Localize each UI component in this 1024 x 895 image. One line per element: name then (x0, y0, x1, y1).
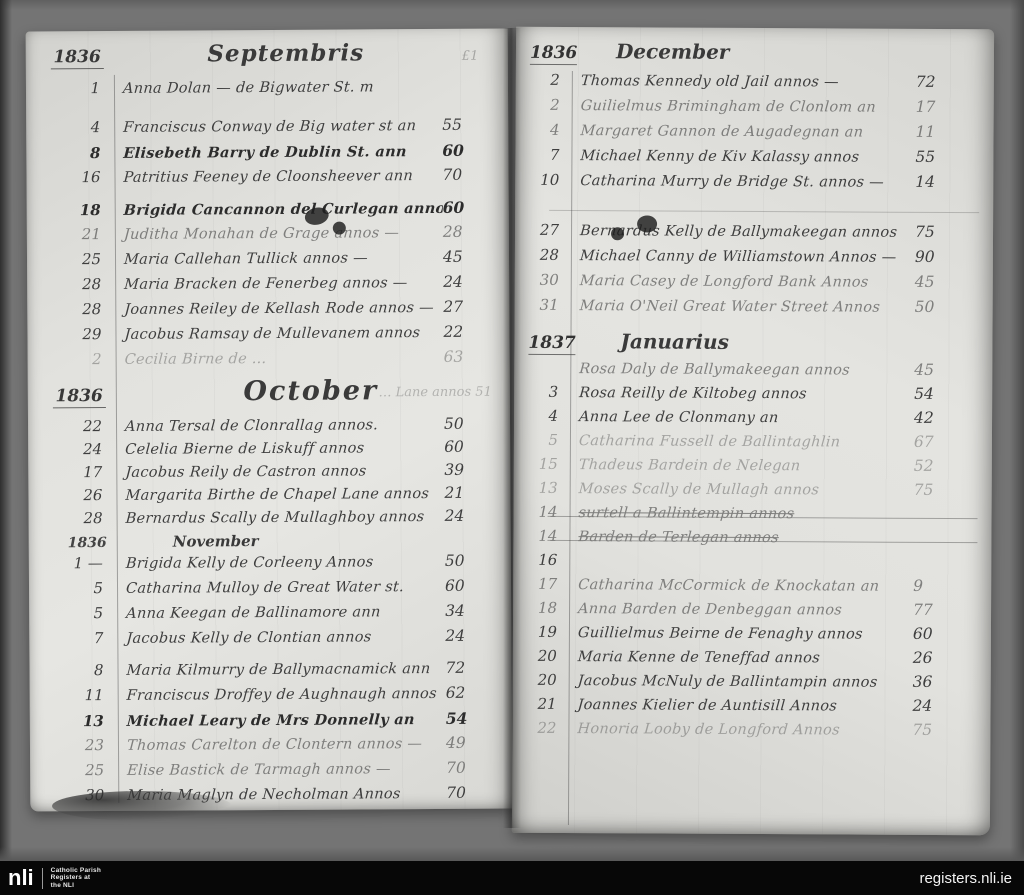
tagline-line: Catholic Parish (51, 867, 101, 874)
entry-day: 2 (516, 71, 568, 89)
entry-text: Jacobus Kelly de Clontian annos (113, 629, 446, 647)
entry-day: 13 (30, 712, 114, 731)
register-row: 22 Anna Tersal de Clonrallag annos. 50 (28, 415, 510, 441)
register-page-right: 1836 December 2 Thomas Kennedy old Jail … (512, 27, 994, 835)
entry-age: 75 (912, 721, 990, 739)
nli-logo-block: nli Catholic Parish Registers at the NLI (8, 867, 101, 890)
entry-day: 5 (29, 579, 113, 598)
entry-age: 63 (444, 348, 510, 366)
entry-text: Catharina Murry de Bridge St. annos — (567, 173, 916, 191)
entry-text: Anna Keegan de Ballinamore ann (113, 604, 446, 622)
entry-text: Guilielmus Brimingham de Clonlom an (567, 98, 916, 116)
month-header-december: December (586, 39, 994, 65)
register-row: 1 — Brigida Kelly de Corleeny Annos 50 (29, 552, 511, 580)
register-row: 5 Catharina Fussell de Ballintaghlin 67 (514, 431, 992, 458)
entry-day: 24 (28, 440, 112, 459)
entry-age: 34 (445, 602, 511, 620)
entry-day: 26 (28, 486, 112, 505)
entry-text: Joannes Reiley de Kellash Rode annos — (111, 300, 444, 318)
scanner-edge-right (1010, 0, 1024, 895)
entry-text: Elisebeth Barry de Dublin St. ann (110, 143, 443, 162)
entry-text: surtell a Ballintempin annos (565, 505, 914, 523)
entry-text: Margaret Gannon de Augadegnan an (567, 123, 916, 141)
entry-day: 1 (26, 79, 110, 98)
entry-text: Anna Tersal de Clonrallag annos. (112, 417, 445, 435)
register-row: 16 Patritius Feeney de Cloonsheever ann … (26, 166, 508, 194)
register-row: 19 Guillielmus Beirne de Fenaghy annos 6… (513, 623, 991, 650)
entry-day: 4 (514, 407, 566, 425)
october-entries: 22 Anna Tersal de Clonrallag annos. 50 2… (28, 415, 511, 533)
entry-text: Celelia Bierne de Liskuff annos (112, 440, 445, 458)
register-row: 29 Jacobus Ramsay de Mullevanem annos 22 (27, 323, 509, 351)
september-entries: 1 Anna Dolan — de Bigwater St. m 4 Franc… (26, 77, 510, 376)
entry-text: Franciscus Droffey de Aughnaugh annos (113, 686, 446, 704)
entry-day: 10 (515, 171, 567, 189)
entry-text: Margarita Birthe de Chapel Lane annos (112, 486, 445, 504)
entry-text: Maria Bracken de Fenerbeg annos — (111, 275, 444, 293)
register-row: 10 Catharina Murry de Bridge St. annos —… (515, 171, 993, 199)
january-header: 1837 Januarius (514, 329, 992, 362)
register-page-left: 1836 Septembris £1 1 Anna Dolan — de Big… (26, 29, 513, 812)
entry-age: 39 (444, 461, 510, 479)
register-row: 5 Anna Keegan de Ballinamore ann 34 (29, 602, 511, 630)
register-row: 25 Maria Callehan Tullick annos — 45 (27, 248, 509, 276)
november-entries: 1 — Brigida Kelly de Corleeny Annos 50 5… (29, 552, 513, 812)
entry-text (565, 565, 913, 567)
entry-day: 4 (26, 118, 110, 137)
register-row: Rosa Daly de Ballymakeegan annos 45 (514, 359, 992, 386)
register-row: 22 Honoria Looby de Longford Annos 75 (512, 719, 990, 746)
year-label: 1836 (68, 535, 107, 551)
entry-age: 75 (915, 223, 993, 241)
entry-age: 60 (442, 141, 508, 160)
entry-day: 7 (515, 146, 567, 164)
entry-day: 1 — (29, 554, 113, 573)
tagline-line: the NLI (51, 882, 74, 889)
entry-day: 17 (28, 463, 112, 482)
register-row (515, 196, 993, 224)
october-header: 1836 October … Lane annos 51 (28, 375, 510, 418)
entry-age: 75 (914, 481, 992, 499)
register-row: 18 Anna Barden de Denbeggan annos 77 (513, 599, 991, 626)
entry-age: 52 (914, 457, 992, 475)
register-row: 2 Cecilia Birne de … 63 (28, 348, 510, 376)
register-row: 8 Elisebeth Barry de Dublin St. ann 60 (26, 141, 508, 169)
entry-day: 5 (514, 431, 566, 449)
register-row: 24 Celelia Bierne de Liskuff annos 60 (28, 438, 510, 464)
entry-age: 24 (445, 627, 511, 645)
entry-age: 54 (446, 709, 512, 728)
entry-day: 7 (29, 629, 113, 648)
footer-bar: nli Catholic Parish Registers at the NLI… (0, 861, 1024, 895)
corner-mark: £1 (462, 49, 508, 64)
register-row: 4 Anna Lee de Clonmany an 42 (514, 407, 992, 434)
entry-text: Michael Canny de Williamstown Annos — (566, 248, 915, 266)
entry-age: 60 (443, 198, 509, 217)
entry-day: 14 (513, 527, 565, 545)
entry-text: Maria O'Neil Great Water Street Annos (566, 298, 915, 316)
page-gutter-shadow (503, 28, 521, 828)
entry-age: 24 (913, 697, 991, 715)
entry-age: 50 (445, 552, 511, 570)
ink-blot (333, 222, 346, 235)
entry-text: Jacobus Ramsay de Mullevanem annos (111, 325, 444, 343)
entry-age: 27 (443, 298, 509, 316)
entry-age: 77 (913, 601, 991, 619)
register-row: 13 Moses Scally de Mullagh annos 75 (514, 479, 992, 506)
entry-day: 30 (515, 271, 567, 289)
entry-day: 23 (30, 736, 114, 755)
entry-text: Maria Kilmurry de Ballymacnamick ann (113, 661, 446, 679)
entry-text: Thomas Carelton de Clontern annos — (113, 736, 446, 754)
entry-text: Guillielmus Beirne de Fenaghy annos (564, 625, 913, 643)
register-row: 3 Rosa Reilly de Kiltobeg annos 54 (514, 383, 992, 410)
register-row: 5 Catharina Mulloy de Great Water st. 60 (29, 577, 511, 605)
register-row: 1 Anna Dolan — de Bigwater St. m (26, 77, 508, 105)
entry-age: 45 (914, 361, 992, 379)
register-row: 2 Guilielmus Brimingham de Clonlom an 17 (516, 96, 994, 124)
register-row: 15 Thadeus Bardein de Nelegan 52 (514, 455, 992, 482)
month-title-text: October (243, 375, 378, 407)
logo-divider (42, 868, 43, 889)
january-entries: Rosa Daly de Ballymakeegan annos 45 3 Ro… (512, 359, 992, 745)
entry-day: 21 (27, 225, 111, 244)
month-header-september: Septembris (110, 39, 462, 68)
entry-text: Juditha Monahan de Grage annos — (110, 225, 443, 243)
september-header: 1836 Septembris £1 (26, 39, 508, 80)
entry-day: 18 (27, 201, 111, 220)
entry-age: 60 (444, 438, 510, 456)
register-row: 27 Bernardus Kelly de Ballymakeegan anno… (515, 221, 993, 249)
entry-text: Cecilia Birne de … (111, 350, 444, 368)
entry-day: 3 (514, 383, 566, 401)
register-row: 7 Michael Kenny de Kiv Kalassy annos 55 (515, 146, 993, 174)
ink-blot (637, 215, 657, 232)
page-curl-shadow (52, 791, 232, 821)
entry-text: Bernardus Scally de Mullaghboy annos (112, 509, 445, 527)
entry-text: Catharina Mulloy de Great Water st. (113, 579, 446, 597)
entry-age: 22 (443, 323, 509, 341)
entry-day: 8 (29, 661, 113, 680)
entry-day: 4 (516, 121, 568, 139)
month-header-october: October … Lane annos 51 (112, 375, 510, 408)
entry-age: 62 (446, 684, 512, 702)
entry-age: 21 (444, 484, 510, 502)
register-row: 11 Franciscus Droffey de Aughnaugh annos… (30, 684, 512, 712)
entry-text: Anna Dolan — de Bigwater St. m (109, 79, 442, 97)
year-label: 1836 (530, 43, 577, 65)
register-row: 14 surtell a Ballintempin annos (513, 503, 991, 530)
year-label: 1836 (52, 386, 105, 408)
register-row: 20 Maria Kenne de Teneffad annos 26 (513, 647, 991, 674)
month-header-january: Januarius (584, 329, 992, 355)
entry-day: 8 (26, 144, 110, 163)
footer-url: registers.nli.ie (919, 870, 1012, 887)
entry-text: Elise Bastick de Tarmagh annos — (114, 761, 447, 779)
entry-day: 15 (514, 455, 566, 473)
entry-age: 36 (913, 673, 991, 691)
entry-text: Moses Scally de Mullagh annos (565, 481, 914, 499)
ink-blot (611, 227, 624, 240)
register-row: 17 Catharina McCormick de Knockatan an 9 (513, 575, 991, 602)
entry-age: 55 (915, 148, 993, 166)
entry-age: 42 (914, 409, 992, 427)
register-row: 28 Bernardus Scally de Mullaghboy annos … (29, 507, 511, 533)
entry-day: 25 (30, 761, 114, 780)
entry-age: 17 (916, 98, 994, 116)
entry-age: 28 (443, 223, 509, 241)
register-row: 4 Margaret Gannon de Augadegnan an 11 (515, 121, 993, 149)
entry-day: 28 (515, 246, 567, 264)
december-header: 1836 December (516, 39, 994, 74)
entry-age: 45 (443, 248, 509, 266)
entry-age: 45 (915, 273, 993, 291)
entry-text: Brigida Kelly de Corleeny Annos (112, 554, 445, 572)
entry-day: 28 (29, 509, 113, 528)
december-entries: 2 Thomas Kennedy old Jail annos — 72 2 G… (515, 71, 994, 323)
register-row: 17 Jacobus Reily de Castron annos 39 (28, 461, 510, 487)
entry-text: Honoria Looby de Longford Annos (564, 721, 913, 739)
register-row: 4 Franciscus Conway de Big water st an 5… (26, 116, 508, 144)
register-row: 21 Joannes Kielier de Auntisill Annos 24 (512, 695, 990, 722)
entry-day: 27 (515, 221, 567, 239)
register-row: 8 Maria Kilmurry de Ballymacnamick ann 7… (29, 659, 511, 687)
entry-age: 72 (445, 659, 511, 677)
entry-text: Michael Kenny de Kiv Kalassy annos (567, 148, 916, 166)
entry-day: 28 (27, 300, 111, 319)
entry-text: Jacobus McNuly de Ballintampin annos (564, 673, 913, 691)
register-row: 14 Barden de Terlegan annos (513, 527, 991, 554)
entry-age: 9 (913, 577, 991, 595)
register-row: 23 Thomas Carelton de Clontern annos — 4… (30, 734, 512, 762)
november-header: 1836 November (29, 530, 511, 555)
scanner-edge-top (0, 0, 1024, 10)
entry-day: 11 (30, 686, 114, 705)
scanner-edge-left (0, 0, 12, 895)
year-label: 1836 (50, 47, 103, 69)
register-row: 28 Michael Canny de Williamstown Annos —… (515, 246, 993, 274)
register-row: 20 Jacobus McNuly de Ballintampin annos … (513, 671, 991, 698)
tagline-line: Registers at (51, 874, 91, 881)
entry-age: 60 (913, 625, 991, 643)
entry-text: Thadeus Bardein de Nelegan (565, 457, 914, 475)
register-row: 28 Joannes Reiley de Kellash Rode annos … (27, 298, 509, 326)
entry-age: 67 (914, 433, 992, 451)
year-label: 1837 (528, 333, 575, 355)
ghost-writing: … Lane annos 51 (378, 385, 491, 401)
entry-day: 2 (516, 96, 568, 114)
entry-text: Maria Callehan Tullick annos — (111, 250, 444, 268)
register-row: 18 Brigida Cancannon del Curlegan annos … (27, 198, 509, 226)
entry-age: 50 (444, 415, 510, 433)
entry-day: 22 (28, 417, 112, 436)
register-row: 16 (513, 551, 991, 578)
entry-day: 2 (28, 350, 112, 369)
entry-age: 55 (442, 116, 508, 134)
entry-text: Brigida Cancannon del Curlegan annos (110, 200, 443, 219)
entry-day: 5 (29, 604, 113, 623)
register-row: 28 Maria Bracken de Fenerbeg annos — 24 (27, 273, 509, 301)
entry-age: 50 (915, 298, 993, 316)
register-row: 2 Thomas Kennedy old Jail annos — 72 (516, 71, 994, 99)
entry-text: Anna Lee de Clonmany an (565, 409, 914, 427)
entry-age: 54 (914, 385, 992, 403)
entry-text: Joannes Kielier de Auntisill Annos (564, 697, 913, 715)
entry-text: Barden de Terlegan annos (565, 529, 914, 547)
entry-text: Thomas Kennedy old Jail annos — (567, 73, 916, 91)
entry-age: 11 (916, 123, 994, 141)
register-row: 25 Elise Bastick de Tarmagh annos — 70 (30, 759, 512, 787)
entry-text: Maria Kenne de Teneffad annos (564, 649, 913, 667)
register-row: 31 Maria O'Neil Great Water Street Annos… (515, 296, 993, 324)
entry-text: Rosa Daly de Ballymakeegan annos (566, 361, 915, 379)
entry-day: 25 (27, 250, 111, 269)
register-row: 30 Maria Casey de Longford Bank Annos 45 (515, 271, 993, 299)
entry-age: 70 (442, 166, 508, 184)
entry-day: 16 (26, 168, 110, 187)
entry-text: Anna Barden de Denbeggan annos (564, 601, 913, 619)
register-row: 13 Michael Leary de Mrs Donnelly an 54 (30, 709, 512, 737)
entry-day: 16 (513, 551, 565, 569)
entry-text: Catharina Fussell de Ballintaghlin (565, 433, 914, 451)
entry-day: 28 (27, 275, 111, 294)
entry-text: Patritius Feeney de Cloonsheever ann (110, 168, 443, 186)
entry-age: 72 (916, 73, 994, 91)
entry-age: 14 (915, 173, 993, 191)
footer-tagline: Catholic Parish Registers at the NLI (51, 867, 101, 890)
register-row: 7 Jacobus Kelly de Clontian annos 24 (29, 627, 511, 655)
entry-age: 24 (443, 273, 509, 291)
entry-age: 60 (445, 577, 511, 595)
scanner-edge-bottom (0, 847, 1024, 861)
entry-text: Catharina McCormick de Knockatan an (565, 577, 914, 595)
nli-logo: nli (8, 867, 34, 889)
month-header-november: November (113, 531, 511, 551)
entry-age: 90 (915, 248, 993, 266)
entry-day: 13 (514, 479, 566, 497)
entry-day: 14 (514, 503, 566, 521)
entry-text: Michael Leary de Mrs Donnelly an (113, 711, 446, 730)
entry-text: Rosa Reilly de Kiltobeg annos (566, 385, 915, 403)
entry-age: 26 (913, 649, 991, 667)
entry-text: Jacobus Reily de Castron annos (112, 463, 445, 481)
register-row: 26 Margarita Birthe de Chapel Lane annos… (28, 484, 510, 510)
register-row: 21 Juditha Monahan de Grage annos — 28 (27, 223, 509, 251)
entry-text: Franciscus Conway de Big water st an (110, 118, 443, 136)
entry-age: 24 (445, 507, 511, 525)
entry-day: 29 (27, 325, 111, 344)
entry-day: 31 (515, 296, 567, 314)
entry-text: Maria Casey de Longford Bank Annos (566, 273, 915, 291)
